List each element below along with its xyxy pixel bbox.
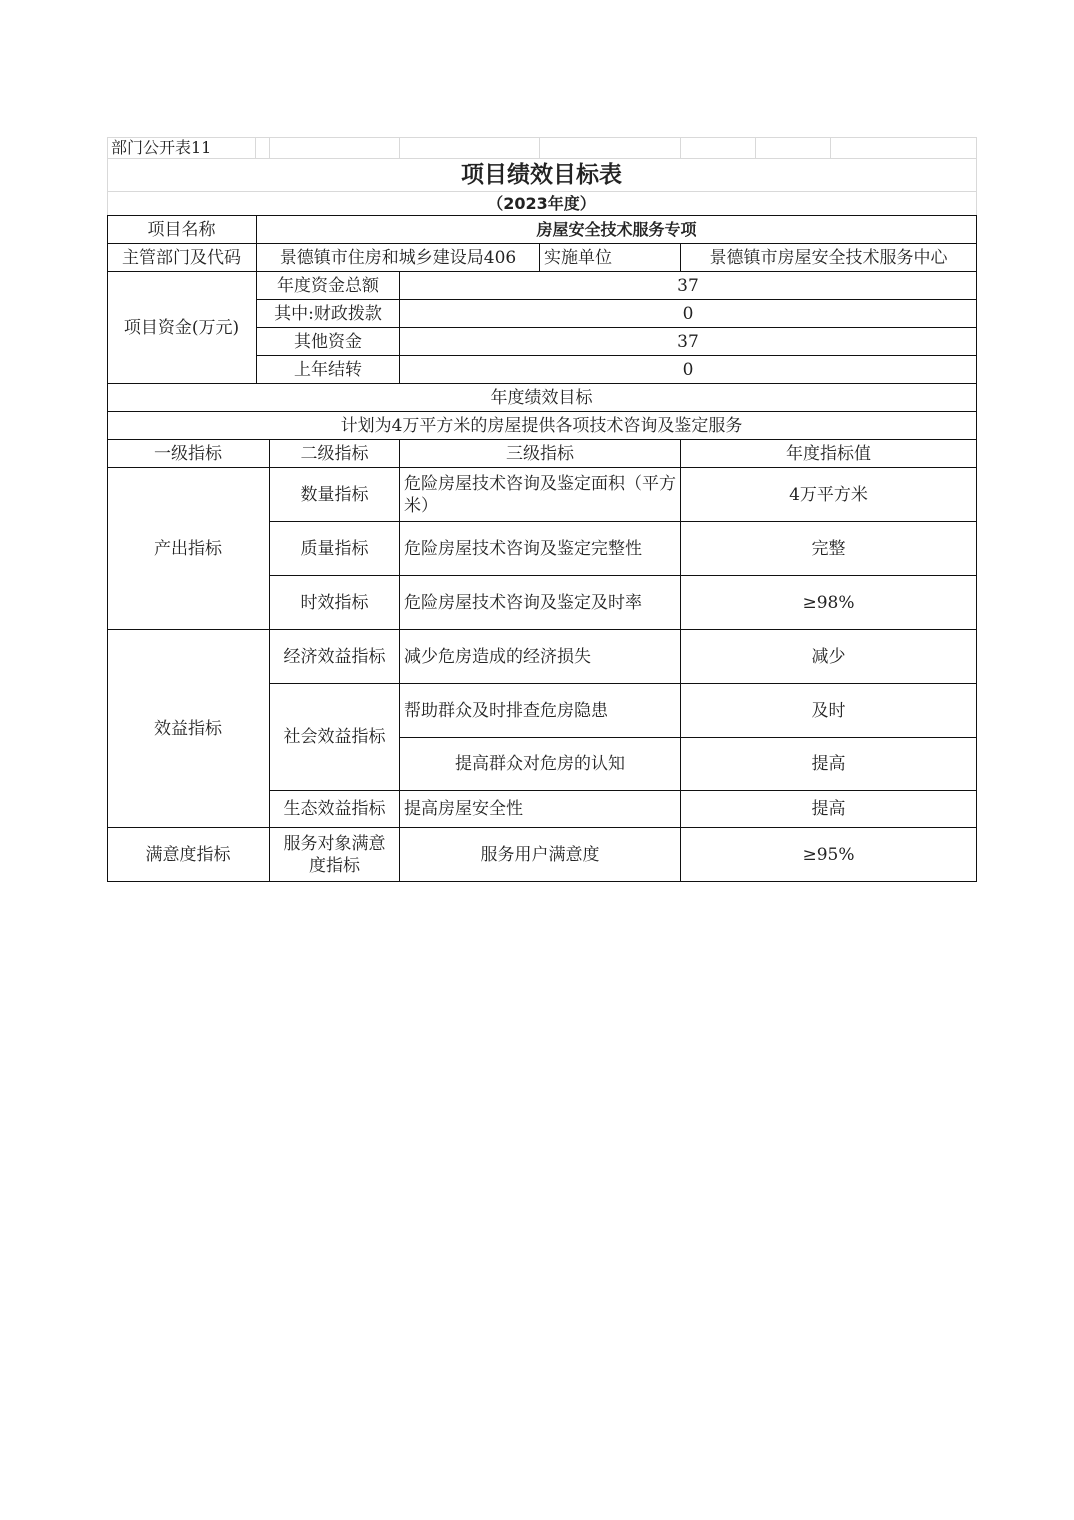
annual-goal-label: 年度绩效目标 — [107, 384, 977, 412]
level3-cell: 危险房屋技术咨询及鉴定面积（平方米） — [400, 468, 681, 522]
level2-cell: 服务对象满意度指标 — [270, 828, 400, 882]
level3-cell: 提高房屋安全性 — [400, 791, 681, 828]
year-subtitle: （2023年度） — [107, 192, 977, 216]
value-cell: 4万平方米 — [681, 468, 977, 522]
value-cell: 提高 — [681, 791, 977, 828]
header-value: 年度指标值 — [681, 440, 977, 468]
dept-value: 景德镇市住房和城乡建设局406 — [257, 244, 540, 272]
funds-row-label: 上年结转 — [257, 356, 400, 384]
table-id-cell: 部门公开表11 — [107, 137, 256, 159]
funds-row-value: 0 — [400, 356, 977, 384]
empty-cell — [270, 137, 400, 159]
level1-output: 产出指标 — [107, 468, 270, 630]
empty-cell — [831, 137, 977, 159]
level2-cell: 质量指标 — [270, 522, 400, 576]
funds-row-label: 其他资金 — [257, 328, 400, 356]
level1-satisfaction: 满意度指标 — [107, 828, 270, 882]
value-cell: ≥98% — [681, 576, 977, 630]
funds-row-value: 37 — [400, 272, 977, 300]
header-level1: 一级指标 — [107, 440, 270, 468]
impl-unit-value: 景德镇市房屋安全技术服务中心 — [681, 244, 977, 272]
project-name-label: 项目名称 — [107, 216, 257, 244]
funds-label: 项目资金(万元) — [107, 272, 257, 384]
level3-cell: 危险房屋技术咨询及鉴定及时率 — [400, 576, 681, 630]
value-cell: ≥95% — [681, 828, 977, 882]
level2-cell: 数量指标 — [270, 468, 400, 522]
empty-cell — [540, 137, 681, 159]
page-title: 项目绩效目标表 — [107, 159, 977, 192]
value-cell: 提高 — [681, 738, 977, 791]
dept-label: 主管部门及代码 — [107, 244, 257, 272]
empty-cell — [681, 137, 756, 159]
header-level2: 二级指标 — [270, 440, 400, 468]
level3-cell: 减少危房造成的经济损失 — [400, 630, 681, 684]
value-cell: 完整 — [681, 522, 977, 576]
level3-cell: 服务用户满意度 — [400, 828, 681, 882]
empty-cell — [756, 137, 831, 159]
value-cell: 及时 — [681, 684, 977, 738]
level2-cell: 经济效益指标 — [270, 630, 400, 684]
funds-row-label: 年度资金总额 — [257, 272, 400, 300]
empty-cell — [400, 137, 540, 159]
level3-cell: 危险房屋技术咨询及鉴定完整性 — [400, 522, 681, 576]
level2-cell: 时效指标 — [270, 576, 400, 630]
level2-cell: 生态效益指标 — [270, 791, 400, 828]
empty-cell — [256, 137, 270, 159]
level1-benefit: 效益指标 — [107, 630, 270, 828]
annual-goal-text: 计划为4万平方米的房屋提供各项技术咨询及鉴定服务 — [107, 412, 977, 440]
header-level3: 三级指标 — [400, 440, 681, 468]
level3-cell: 帮助群众及时排查危房隐患 — [400, 684, 681, 738]
funds-row-value: 37 — [400, 328, 977, 356]
value-cell: 减少 — [681, 630, 977, 684]
funds-row-value: 0 — [400, 300, 977, 328]
level2-cell: 社会效益指标 — [270, 684, 400, 791]
impl-unit-label: 实施单位 — [540, 244, 681, 272]
level3-cell: 提高群众对危房的认知 — [400, 738, 681, 791]
project-name-value: 房屋安全技术服务专项 — [257, 216, 977, 244]
funds-row-label: 其中:财政拨款 — [257, 300, 400, 328]
